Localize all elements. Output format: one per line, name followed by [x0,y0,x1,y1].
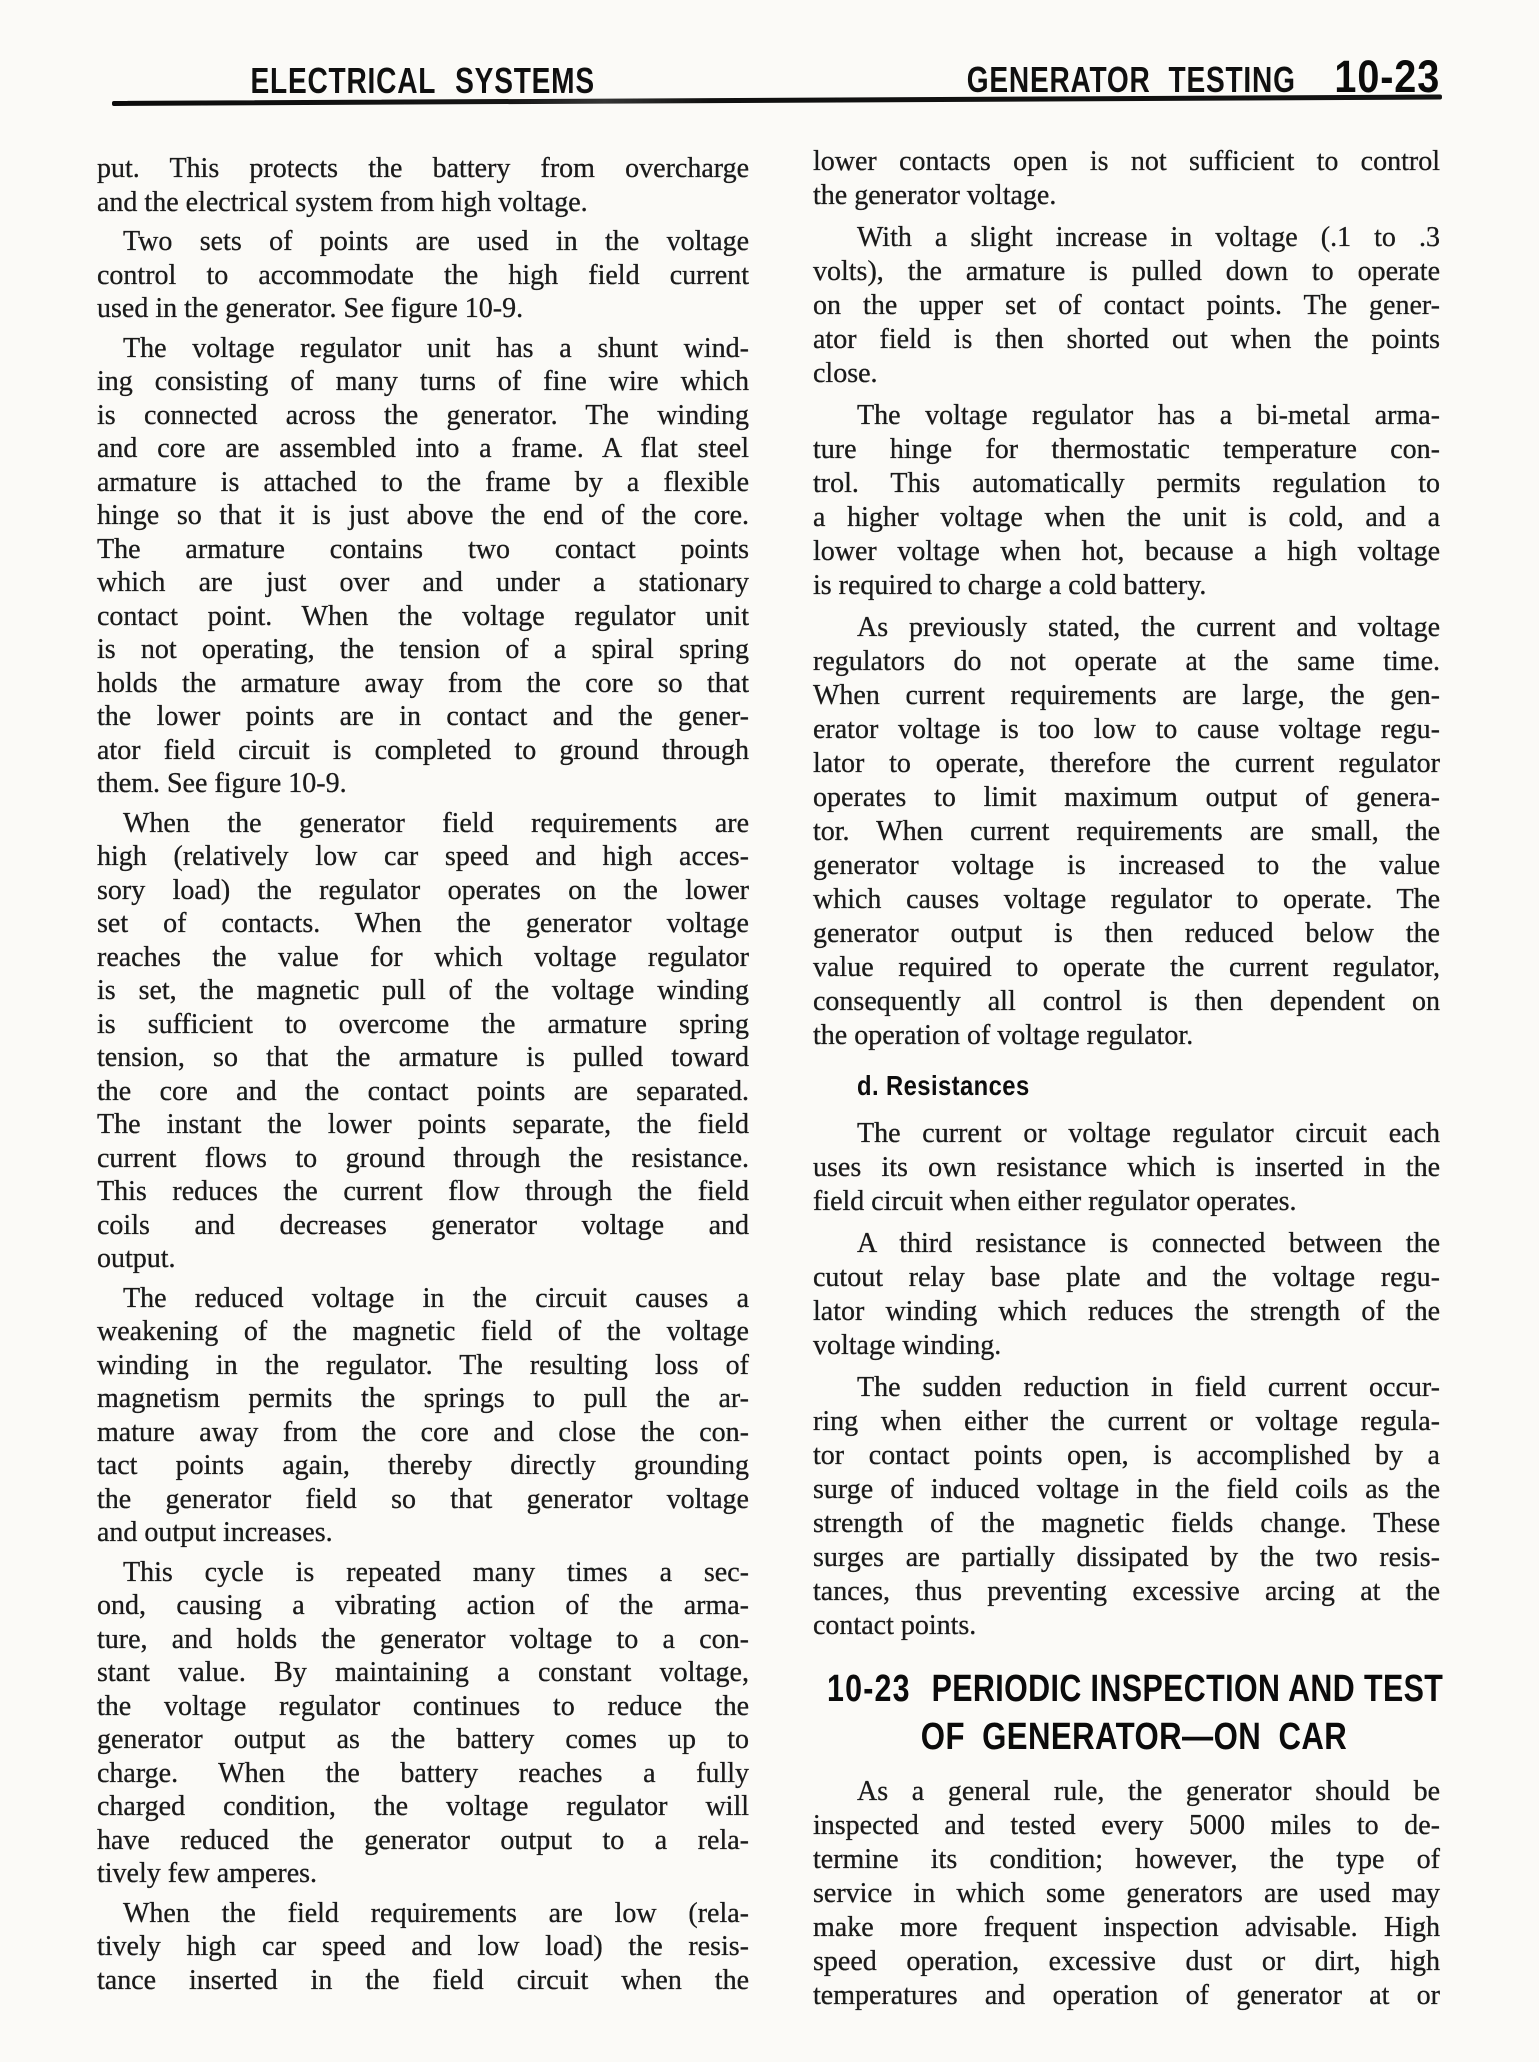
subsection-heading-text: d. Resistances [857,1065,1030,1107]
text-line: the generator voltage. [813,179,1440,213]
text-line: termine its condition; however, the type… [813,1843,1440,1877]
text-line: is set, the magnetic pull of the voltage… [97,974,749,1008]
text-line: uses its own resistance which is inserte… [813,1151,1440,1185]
section-heading-line2: OF GENERATOR—ON CAR [827,1713,1440,1761]
text-line: trol. This automatically permits regulat… [813,467,1440,501]
text-line: tension, so that the armature is pulled … [97,1041,749,1075]
text-line: When the generator field requirements ar… [97,807,749,841]
text-line: magnetism permits the springs to pull th… [97,1382,749,1416]
text-line: The voltage regulator unit has a shunt w… [97,332,749,366]
text-line: ator field circuit is completed to groun… [97,734,749,768]
paragraph: put. This protects the battery from over… [97,152,749,219]
paragraph: The sudden reduction in field current oc… [813,1371,1440,1643]
text-line: tively few amperes. [97,1857,749,1891]
text-line: lator to operate, therefore the current … [813,747,1440,781]
text-line: charge. When the battery reaches a fully [97,1757,749,1791]
text-line: ond, causing a vibrating action of the a… [97,1589,749,1623]
text-line: is required to charge a cold battery. [813,569,1440,603]
text-line: holds the armature away from the core so… [97,667,749,701]
text-line: generator output as the battery comes up… [97,1723,749,1757]
text-line: tively high car speed and low load) the … [97,1930,749,1964]
paragraph: As a general rule, the generator should … [813,1775,1440,2013]
text-line: a higher voltage when the unit is cold, … [813,501,1440,535]
text-line: is not operating, the tension of a spira… [97,633,749,667]
text-line: make more frequent inspection advisable.… [813,1911,1440,1945]
text-line: field circuit when either regulator oper… [813,1185,1440,1219]
text-line: ture, and holds the generator voltage to… [97,1623,749,1657]
text-line: sory load) the regulator operates on the… [97,874,749,908]
section-title: PERIODIC INSPECTION AND TEST [932,1668,1444,1710]
text-line: value required to operate the current re… [813,951,1440,985]
text-line: on the upper set of contact points. The … [813,289,1440,323]
text-line: generator voltage is increased to the va… [813,849,1440,883]
text-line: weakening of the magnetic field of the v… [97,1315,749,1349]
text-line: The armature contains two contact points [97,533,749,567]
text-line: is connected across the generator. The w… [97,399,749,433]
text-line: and core are assembled into a frame. A f… [97,432,749,466]
text-line: This reduces the current flow through th… [97,1175,749,1209]
text-line: set of contacts. When the generator volt… [97,907,749,941]
text-line: mature away from the core and close the … [97,1416,749,1450]
text-line: regulators do not operate at the same ti… [813,645,1440,679]
text-line: As a general rule, the generator should … [813,1775,1440,1809]
paragraph: When the field requirements are low (rel… [97,1897,749,1998]
section-heading: 10-23PERIODIC INSPECTION AND TESTOF GENE… [827,1665,1440,1761]
text-line: is sufficient to overcome the armature s… [97,1008,749,1042]
text-line: ring when either the current or voltage … [813,1405,1440,1439]
text-line: ture hinge for thermostatic temperature … [813,433,1440,467]
text-line: contact points. [813,1609,1440,1643]
text-line: reaches the value for which voltage regu… [97,941,749,975]
section-number: 10-23 [827,1668,911,1710]
text-line: contact point. When the voltage regulato… [97,600,749,634]
text-line: high (relatively low car speed and high … [97,840,749,874]
text-line: charged condition, the voltage regulator… [97,1790,749,1824]
paragraph: lower contacts open is not sufficient to… [813,145,1440,213]
text-line: This cycle is repeated many times a sec- [97,1556,749,1590]
text-line: stant value. By maintaining a constant v… [97,1656,749,1690]
text-line: used in the generator. See figure 10-9. [97,292,749,326]
text-line: the operation of voltage regulator. [813,1019,1440,1053]
text-line: temperatures and operation of generator … [813,1979,1440,2013]
column-left: put. This protects the battery from over… [97,152,749,1997]
text-line: consequently all control is then depende… [813,985,1440,1019]
text-line: surges are partially dissipated by the t… [813,1541,1440,1575]
text-line: tact points again, thereby directly grou… [97,1449,749,1483]
text-line: When current requirements are large, the… [813,679,1440,713]
text-line: strength of the magnetic fields change. … [813,1507,1440,1541]
text-line: tor. When current requirements are small… [813,815,1440,849]
text-line: The voltage regulator has a bi-metal arm… [813,399,1440,433]
text-line: coils and decreases generator voltage an… [97,1209,749,1243]
paragraph: As previously stated, the current and vo… [813,611,1440,1053]
text-line: them. See figure 10-9. [97,767,749,801]
section-heading-line2-text: OF GENERATOR—ON CAR [920,1713,1346,1761]
paragraph: The reduced voltage in the circuit cause… [97,1282,749,1550]
text-line: tances, thus preventing excessive arcing… [813,1575,1440,1609]
text-line: With a slight increase in voltage (.1 to… [813,221,1440,255]
text-line: tor contact points open, is accomplished… [813,1439,1440,1473]
text-line: As previously stated, the current and vo… [813,611,1440,645]
paragraph: A third resistance is connected between … [813,1227,1440,1363]
text-line: The sudden reduction in field current oc… [813,1371,1440,1405]
paragraph: Two sets of points are used in the volta… [97,225,749,326]
paragraph: The voltage regulator has a bi-metal arm… [813,399,1440,603]
text-line: the generator field so that generator vo… [97,1483,749,1517]
paragraph: The voltage regulator unit has a shunt w… [97,332,749,801]
paragraph: The current or voltage regulator circuit… [813,1117,1440,1219]
text-line: ing consisting of many turns of fine wir… [97,365,749,399]
text-line: lator winding which reduces the strength… [813,1295,1440,1329]
text-line: the core and the contact points are sepa… [97,1075,749,1109]
text-line: ator field is then shorted out when the … [813,323,1440,357]
text-line: cutout relay base plate and the voltage … [813,1261,1440,1295]
subsection-heading: d. Resistances [857,1065,1440,1107]
text-line: service in which some generators are use… [813,1877,1440,1911]
text-line: lower contacts open is not sufficient to… [813,145,1440,179]
text-line: tance inserted in the field circuit when… [97,1964,749,1998]
text-line: and output increases. [97,1516,749,1550]
section-heading-line1: 10-23PERIODIC INSPECTION AND TEST [827,1665,1440,1713]
text-line: volts), the armature is pulled down to o… [813,255,1440,289]
scanned-manual-page: { "header": { "left_title": "ELECTRICAL … [0,0,1539,2062]
text-line: The reduced voltage in the circuit cause… [97,1282,749,1316]
text-line: The current or voltage regulator circuit… [813,1117,1440,1151]
text-line: When the field requirements are low (rel… [97,1897,749,1931]
text-line: put. This protects the battery from over… [97,152,749,186]
text-line: speed operation, excessive dust or dirt,… [813,1945,1440,1979]
running-head-left-title: ELECTRICAL SYSTEMS [251,60,595,102]
paragraph: When the generator field requirements ar… [97,807,749,1276]
text-line: winding in the regulator. The resulting … [97,1349,749,1383]
text-line: voltage winding. [813,1329,1440,1363]
text-line: have reduced the generator output to a r… [97,1824,749,1858]
section-heading-line1-text: 10-23PERIODIC INSPECTION AND TEST [827,1665,1443,1713]
text-line: which causes voltage regulator to operat… [813,883,1440,917]
text-line: current flows to ground through the resi… [97,1142,749,1176]
running-head-left: ELECTRICAL SYSTEMS [97,60,749,102]
paragraph: With a slight increase in voltage (.1 to… [813,221,1440,391]
text-line: the voltage regulator continues to reduc… [97,1690,749,1724]
text-line: lower voltage when hot, because a high v… [813,535,1440,569]
paragraph: This cycle is repeated many times a sec-… [97,1556,749,1891]
text-line: operates to limit maximum output of gene… [813,781,1440,815]
text-line: the lower points are in contact and the … [97,700,749,734]
text-line: A third resistance is connected between … [813,1227,1440,1261]
text-line: and the electrical system from high volt… [97,186,749,220]
text-line: Two sets of points are used in the volta… [97,225,749,259]
text-line: inspected and tested every 5000 miles to… [813,1809,1440,1843]
text-line: close. [813,357,1440,391]
column-right: lower contacts open is not sufficient to… [813,145,1440,2013]
text-line: The instant the lower points separate, t… [97,1108,749,1142]
text-line: generator output is then reduced below t… [813,917,1440,951]
text-line: which are just over and under a stationa… [97,566,749,600]
text-line: output. [97,1242,749,1276]
text-line: surge of induced voltage in the field co… [813,1473,1440,1507]
text-line: hinge so that it is just above the end o… [97,499,749,533]
text-line: control to accommodate the high field cu… [97,259,749,293]
text-line: erator voltage is too low to cause volta… [813,713,1440,747]
text-line: armature is attached to the frame by a f… [97,466,749,500]
